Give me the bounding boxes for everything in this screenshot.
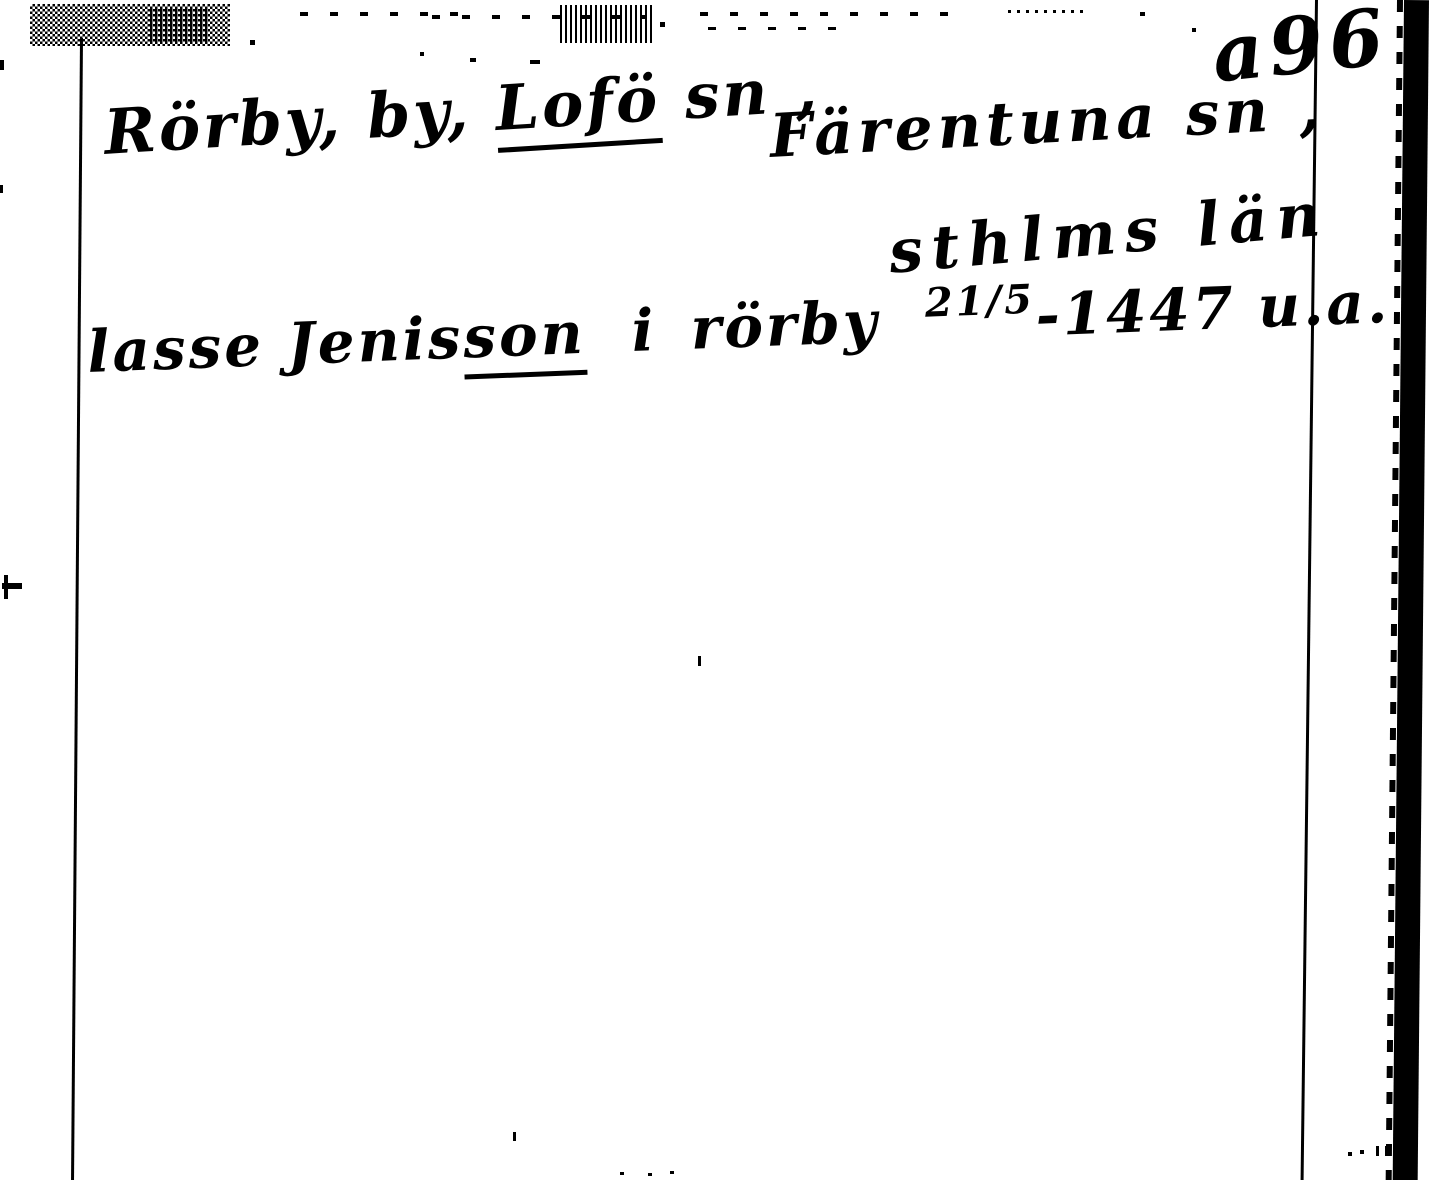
- person-name-prefix: lasse Jenis: [86, 304, 465, 386]
- scan-noise-dot: [250, 40, 255, 45]
- scan-noise-cluster: [1008, 10, 1088, 13]
- scanned-index-card: a96 Rörby, by, Lofö sn , Färentuna sn , …: [0, 0, 1444, 1180]
- scan-noise-dot: [0, 60, 4, 70]
- right-margin-rule: [1301, 0, 1318, 1180]
- scan-edge-mark: [2, 583, 22, 589]
- scan-noise-dot: [620, 1172, 624, 1175]
- parish-name-underlined: Lofö: [493, 62, 663, 153]
- scan-noise-dot: [648, 1173, 652, 1176]
- scan-noise-cluster: [708, 27, 838, 30]
- scan-noise-dot: [698, 656, 701, 666]
- entry-date-day: 21/5: [924, 276, 1036, 327]
- scan-noise-dot: [470, 58, 476, 62]
- scan-noise-dot: [670, 1171, 674, 1174]
- heading-place: Rörby, by, Lofö sn ,: [102, 52, 822, 169]
- scan-noise-dot: [1140, 12, 1145, 16]
- scan-noise-cluster: [700, 12, 950, 16]
- scan-noise-dot: [1348, 1152, 1352, 1156]
- entry-place: rörby: [689, 288, 881, 363]
- scan-noise-dot: [513, 1132, 516, 1141]
- person-name-suffix-underlined: son: [462, 299, 587, 380]
- corner-mark: a96: [1208, 0, 1394, 101]
- scan-noise-cluster: [560, 5, 652, 43]
- scan-noise-dot: [1192, 28, 1196, 32]
- preposition: i: [630, 296, 658, 365]
- scan-noise-dot: [530, 60, 540, 64]
- entry-date-year: -1447: [1034, 274, 1237, 350]
- heading-county: sthlms län: [886, 180, 1332, 288]
- scan-noise-dot: [0, 185, 3, 193]
- scan-noise-dot: [660, 22, 665, 27]
- scan-noise-dot: [420, 52, 424, 56]
- scan-noise-cluster: [150, 8, 210, 42]
- record-entry: lasse Jenis son i rörby 21/5 -1447 u.a.: [86, 268, 1392, 394]
- entry-abbreviation: u.a.: [1257, 268, 1392, 341]
- left-margin-rule: [71, 38, 83, 1180]
- place-name: Rörby, by,: [102, 74, 473, 169]
- scan-noise-dot: [1360, 1150, 1364, 1154]
